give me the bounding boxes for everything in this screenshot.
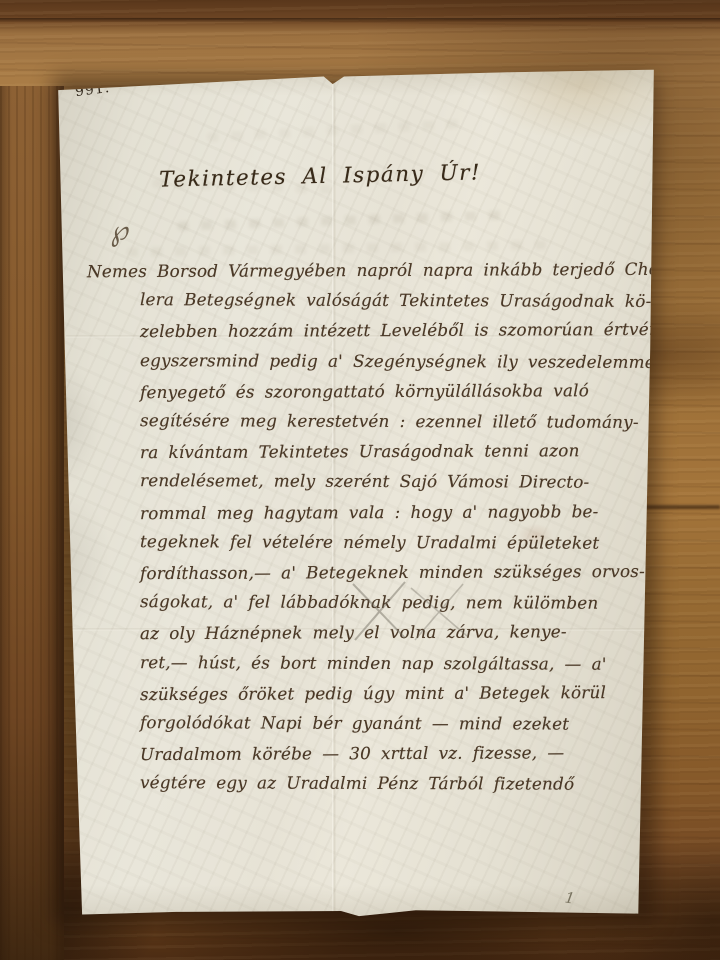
manuscript-line: fenyegető és szorongattató környülálláso… xyxy=(140,375,653,407)
manuscript-line: ret,— húst, és bort minden nap szolgálta… xyxy=(140,647,653,679)
manuscript-line: Nemes Borsod Vármegyében napról napra in… xyxy=(87,254,653,287)
manuscript-line: tegeknek fel vételére némely Uradalmi ép… xyxy=(140,526,653,558)
manuscript-line: szükséges őröket pedig úgy mint a' Beteg… xyxy=(140,677,653,709)
manuscript-line: Uradalmom körébe — 30 xrttal vz. fizesse… xyxy=(140,737,653,769)
salutation-flourish-mark: ℘ xyxy=(106,215,130,249)
manuscript-line: végtére egy az Uradalmi Pénz Tárból fize… xyxy=(140,768,653,800)
manuscript-line: rendelésemet, mely szerént Sajó Vámosi D… xyxy=(140,466,653,498)
manuscript-line: ra kívántam Tekintetes Uraságodnak tenni… xyxy=(140,435,653,467)
manuscript-line: lera Betegségnek valóságát Tekintetes Ur… xyxy=(140,284,653,316)
manuscript-line: egyszersmind pedig a' Szegénységnek ily … xyxy=(140,345,653,377)
pencil-page-number: 1 xyxy=(564,888,576,907)
ink-bleedthrough xyxy=(177,210,507,231)
pencil-cross-mark xyxy=(347,580,472,642)
manuscript-paper: 991. Tekintetes Al Ispány Úr! ℘ Nemes Bo… xyxy=(57,68,655,917)
photo-of-handwritten-letter: 991. Tekintetes Al Ispány Úr! ℘ Nemes Bo… xyxy=(0,0,720,960)
ink-bleedthrough xyxy=(207,119,467,142)
manuscript-line: segítésére meg kerestetvén : ezennel ill… xyxy=(140,405,653,437)
manuscript-line: zelebben hozzám intézett Leveléből is sz… xyxy=(140,314,653,346)
letter-body: Nemes Borsod Vármegyében napról napra in… xyxy=(87,255,653,799)
manuscript-line: rommal meg hagytam vala : hogy a' nagyob… xyxy=(140,496,653,528)
manuscript-line: forgolódókat Napi bér gyanánt — mind eze… xyxy=(140,707,653,739)
